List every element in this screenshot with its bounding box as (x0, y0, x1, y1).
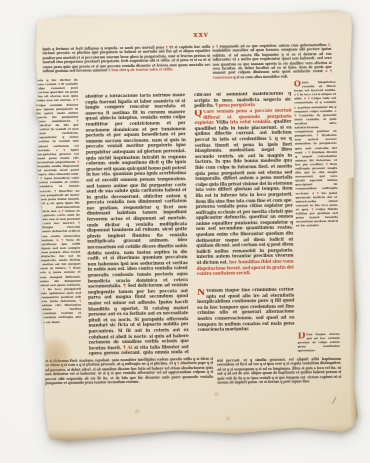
incunable-leaf-photo: xxv ignis q ferimus ut ferit inflamas q … (31, 8, 359, 445)
photograph-background: { "colors": { "rubric": "#b8422c", "ink"… (0, 0, 370, 463)
foxing-spot (212, 392, 220, 397)
text-column-1: abolitur a fornicacione facta nefrimo ma… (85, 93, 189, 357)
browned-edge-bottom (39, 425, 357, 445)
margin-gloss-left: nota q hic dicitur de pena veniali. ¶ Si… (36, 78, 82, 365)
text-column-2-main: QUare venialis pena a peccato mortali di… (194, 109, 294, 289)
folio-number: xxv (171, 29, 231, 39)
margin-gloss-right: Otulo. Simpliciter venialis ut libere le… (294, 80, 340, 333)
text-column-2-final: NVeniam itaque fine criminibus certior a… (197, 288, 295, 349)
foxing-spot (133, 409, 142, 414)
text-column-2-intro: cilicaso ut somniant maleficiorum q scri… (194, 92, 291, 110)
top-gloss-left: ignis q ferimus ut ferit inflamas q sequ… (42, 45, 210, 81)
deckle-edge-left (31, 12, 43, 444)
deckle-edge-top (31, 8, 353, 20)
manuscript-page: xxv ignis q ferimus ut ferit inflamas q … (31, 8, 359, 445)
browned-edge-right (346, 178, 359, 440)
foxing-spot (225, 415, 231, 421)
footer-gloss-right: nisi peccant. ut q similia generant. vel… (217, 357, 341, 391)
handwritten-pen-mark: / (332, 396, 337, 406)
